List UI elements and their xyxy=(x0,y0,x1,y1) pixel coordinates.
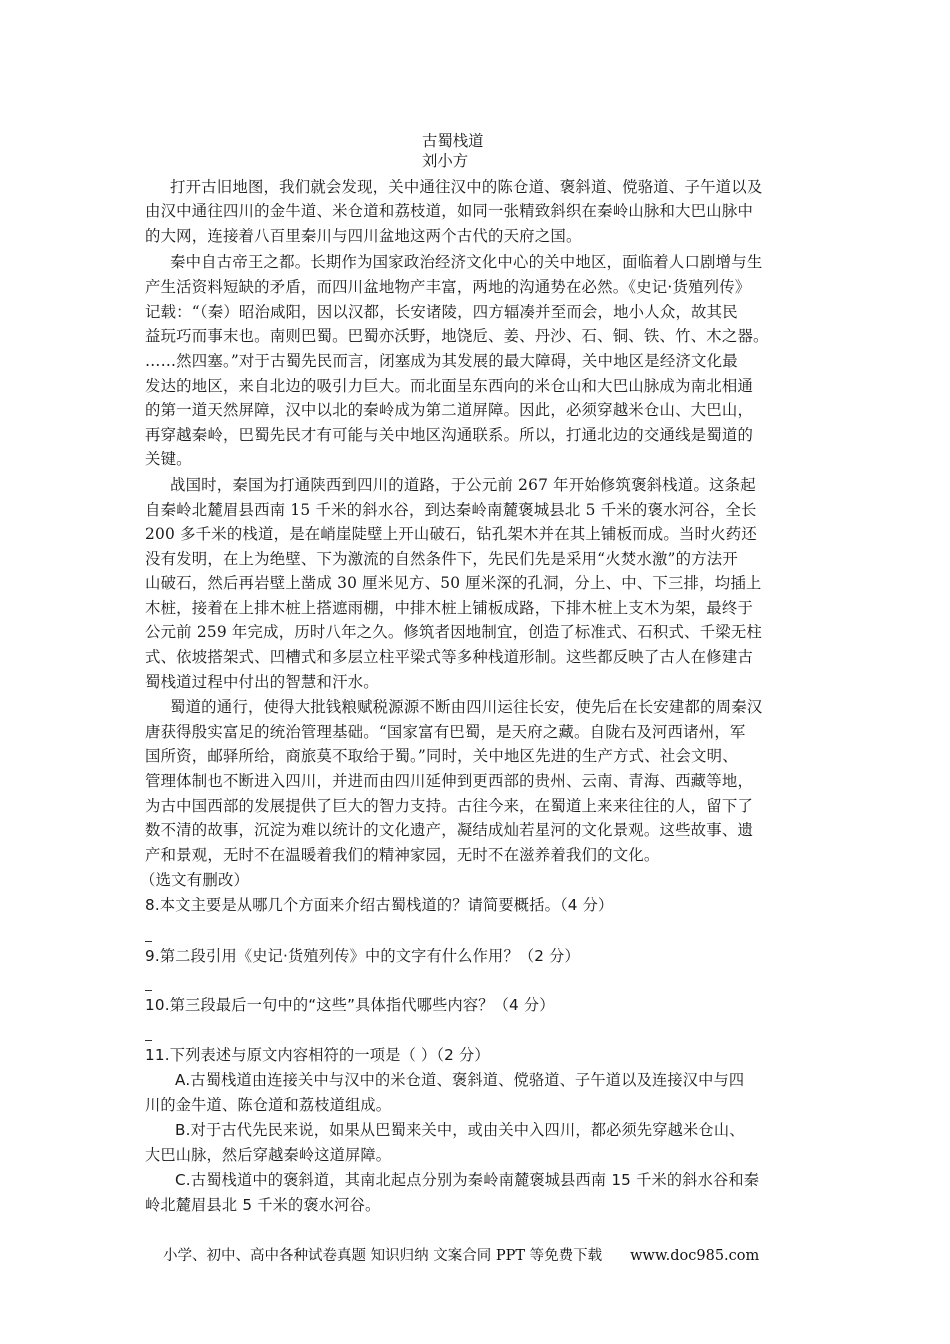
question-8: 8.本文主要是从哪几个方面来介绍古蜀栈道的？请简要概括。（4 分） xyxy=(145,895,613,915)
footer-text: 小学、初中、高中各种试卷真题 知识归纳 文案合同 PPT 等免费下载 xyxy=(163,1248,602,1264)
paragraph-4-line: 产和景观，无时不在温暖着我们的精神家园，无时不在滋养着我们的文化。 xyxy=(145,845,660,865)
article-title: 古蜀栈道 xyxy=(422,131,484,151)
paragraph-1-line: 打开古旧地图，我们就会发现，关中通往汉中的陈仓道、褒斜道、傥骆道、子午道以及 xyxy=(170,177,762,197)
document-page: 古蜀栈道 刘小方 打开古旧地图，我们就会发现，关中通往汉中的陈仓道、褒斜道、傥骆… xyxy=(0,0,950,1344)
option-c: C.古蜀栈道中的褒斜道，其南北起点分别为秦岭南麓褒城县西南 15 千米的斜水谷和… xyxy=(175,1170,759,1190)
answer-blank-8[interactable] xyxy=(145,941,152,942)
paragraph-4-line: 管理体制也不断进入四川，并进而由四川延伸到更西部的贵州、云南、青海、西藏等地， xyxy=(145,771,753,791)
paragraph-3-line: 式、依坡搭架式、凹槽式和多层立柱平梁式等多种栈道形制。这些都反映了古人在修建古 xyxy=(145,647,753,667)
question-11: 11.下列表述与原文内容相符的一项是（ ）（2 分） xyxy=(145,1045,490,1065)
paragraph-2-line: 记载：“（秦）昭治咸阳，因以汉都，长安诸陵，四方辐凑并至而会，地小人众，故其民 xyxy=(145,302,738,322)
source-note: （选文有删改） xyxy=(140,870,249,890)
answer-blank-9[interactable] xyxy=(145,990,152,991)
option-c-cont: 岭北麓眉县北 5 千米的褒水河谷。 xyxy=(145,1195,380,1215)
paragraph-3-line: 200 多千米的栈道，是在峭崖陡壁上开山破石，钻孔架木并在其上铺板而成。当时火药… xyxy=(145,524,757,544)
paragraph-2-line: 关键。 xyxy=(145,449,192,469)
footer-url[interactable]: www.doc985.com xyxy=(630,1248,759,1264)
paragraph-4-line: 为古中国西部的发展提供了巨大的智力支持。古往今来，在蜀道上来来往往的人，留下了 xyxy=(145,796,753,816)
paragraph-2-line: 发达的地区，来自北边的吸引力巨大。而北面呈东西向的米仓山和大巴山脉成为南北相通 xyxy=(145,376,753,396)
paragraph-3-line: 战国时，秦国为打通陕西到四川的道路，于公元前 267 年开始修筑褒斜栈道。这条起 xyxy=(170,475,756,495)
paragraph-3-line: 木桩，接着在上排木桩上搭遮雨棚，中排木桩上铺板成路，下排木桩上支木为架，最终于 xyxy=(145,598,753,618)
option-b-cont: 大巴山脉，然后穿越秦岭这道屏障。 xyxy=(145,1145,391,1165)
page-footer: 小学、初中、高中各种试卷真题 知识归纳 文案合同 PPT 等免费下载www.do… xyxy=(163,1246,759,1266)
paragraph-3-line: 自秦岭北麓眉县西南 15 千米的斜水谷，到达秦岭南麓褒城县北 5 千米的褒水河谷… xyxy=(145,500,757,520)
paragraph-4-line: 蜀道的通行，使得大批钱粮赋税源源不断由四川运往长安，使先后在长安建都的周秦汉 xyxy=(170,697,762,717)
paragraph-2-line: 益玩巧而事末也。南则巴蜀。巴蜀亦沃野，地饶卮、姜、丹沙、石、铜、铁、竹、木之器。 xyxy=(145,326,769,346)
question-9: 9.第二段引用《史记·货殖列传》中的文字有什么作用？（2 分） xyxy=(145,946,580,966)
option-a: A.古蜀栈道由连接关中与汉中的米仓道、褒斜道、傥骆道、子午道以及连接汉中与四 xyxy=(175,1070,744,1090)
paragraph-3-line: 公元前 259 年完成，历时八年之久。修筑者因地制宜，创造了标准式、石积式、千梁… xyxy=(145,622,762,642)
paragraph-3-line: 蜀栈道过程中付出的智慧和汗水。 xyxy=(145,672,379,692)
paragraph-2-line: 秦中自古帝王之都。长期作为国家政治经济文化中心的关中地区，面临着人口剧增与生 xyxy=(170,252,762,272)
paragraph-2-line: 产生活资料短缺的矛盾，而四川盆地物产丰富，两地的沟通势在必然。《史记·货殖列传》 xyxy=(145,277,750,297)
answer-blank-10[interactable] xyxy=(145,1040,152,1041)
paragraph-3-line: 山破石，然后再岩壁上凿成 30 厘米见方、50 厘米深的孔洞，分上、中、下三排，… xyxy=(145,573,762,593)
paragraph-4-line: 国所资，邮驿所给，商旅莫不取给于蜀。”同时，关中地区先进的生产方式、社会文明、 xyxy=(145,746,738,766)
question-10: 10.第三段最后一句中的“这些”具体指代哪些内容？（4 分） xyxy=(145,995,555,1015)
article-author: 刘小方 xyxy=(422,151,468,171)
paragraph-2-line: 的第一道天然屏障，汉中以北的秦岭成为第二道屏障。因此，必须穿越米仓山、大巴山， xyxy=(145,400,753,420)
paragraph-2-line: 再穿越秦岭，巴蜀先民才有可能与关中地区沟通联系。所以，打通北边的交通线是蜀道的 xyxy=(145,425,753,445)
paragraph-3-line: 没有发明，在上为绝壁、下为激流的自然条件下，先民们先是采用“火焚水激”的方法开 xyxy=(145,549,738,569)
paragraph-4-line: 数不清的故事，沉淀为难以统计的文化遗产，凝结成灿若星河的文化景观。这些故事、遗 xyxy=(145,820,753,840)
paragraph-1-line: 的大网，连接着八百里秦川与四川盆地这两个古代的天府之国。 xyxy=(145,226,582,246)
paragraph-2-line: ……然四塞。”对于古蜀先民而言，闭塞成为其发展的最大障碍，关中地区是经济文化最 xyxy=(145,351,738,371)
option-a-cont: 川的金牛道、陈仓道和荔枝道组成。 xyxy=(145,1095,391,1115)
option-b: B.对于古代先民来说，如果从巴蜀来关中，或由关中入四川，都必须先穿越米仓山、 xyxy=(175,1120,745,1140)
paragraph-1-line: 由汉中通往四川的金牛道、米仓道和荔枝道，如同一张精致斜织在秦岭山脉和大巴山脉中 xyxy=(145,201,753,221)
paragraph-4-line: 唐获得殷实富足的统治管理基础。“国家富有巴蜀，是天府之藏。自陇右及河西诸州，军 xyxy=(145,722,746,742)
